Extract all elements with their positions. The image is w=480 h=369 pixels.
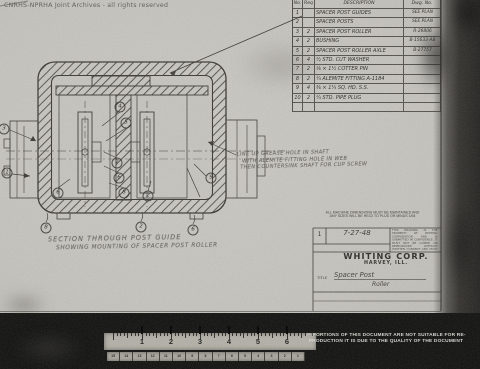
header-description: DESCRIPTION xyxy=(315,0,404,9)
centimeter-ruler: 151413121110987654321 xyxy=(107,352,305,361)
table-row: 72⅛ × 1½ COTTER PIN xyxy=(293,65,441,74)
section-caption: SECTION THROUGH POST GUIDE SHOWING MOUNT… xyxy=(48,233,218,251)
cm-cell: 3 xyxy=(265,352,278,361)
table-cell xyxy=(303,9,315,18)
cm-cell: 1 xyxy=(292,352,305,361)
table-row: 64½ STD. CUT WASHER xyxy=(293,56,441,65)
ruler-tick xyxy=(182,333,183,336)
ruler-tick xyxy=(261,333,262,336)
ruler-tick xyxy=(127,333,128,338)
table-cell xyxy=(303,103,315,112)
drawing-title-line-2: Roller xyxy=(372,281,389,288)
inch-tick xyxy=(228,326,230,334)
ruler-tick xyxy=(294,333,295,336)
ruler-tick xyxy=(258,333,259,340)
table-row: 94⅜ × 1¼ SQ. HD. S.S. xyxy=(293,84,441,93)
ruler-tick xyxy=(185,333,186,338)
ruler-tick xyxy=(269,333,270,336)
ruler-tick xyxy=(254,333,255,336)
company-name: WHITING CORP. xyxy=(330,251,442,261)
ruler-tick xyxy=(138,333,139,336)
cm-cell: 7 xyxy=(213,352,226,361)
ruler-tick xyxy=(164,333,165,336)
table-cell: 4 xyxy=(303,56,315,65)
ruler-tick xyxy=(204,333,205,336)
ruler-tick xyxy=(280,333,281,336)
ruler-tick xyxy=(229,333,230,340)
ruler-tick xyxy=(272,333,273,338)
table-cell: ½ STD. CUT WASHER xyxy=(315,56,404,65)
table-cell: 2 xyxy=(293,18,303,27)
ruler-tick xyxy=(124,333,125,336)
table-cell: SPACER POST GUIDES xyxy=(315,9,404,18)
table-cell xyxy=(293,103,303,112)
parts-table-body: 1SPACER POST GUIDESSEE PLAN2SPACER POSTS… xyxy=(293,9,441,112)
table-row: 1SPACER POST GUIDESSEE PLAN xyxy=(293,9,441,18)
table-row: 52SPACER POST ROLLER AXLEB-27757 xyxy=(293,47,441,56)
ruler-tick xyxy=(276,333,277,336)
table-row: 2SPACER POSTSSEE PLAN xyxy=(293,18,441,27)
table-cell: 4 xyxy=(293,37,303,46)
ruler-tick xyxy=(240,333,241,336)
ruler-tick xyxy=(156,333,157,338)
confidential-note: THIS DRAWING IS THE PROPERTY OF WHITING … xyxy=(392,229,438,250)
table-cell: SPACER POSTS xyxy=(315,18,404,27)
ruler-tick xyxy=(211,333,212,336)
parts-table-header: No. Req DESCRIPTION Dwg. No. xyxy=(293,0,441,9)
table-row: 42BUSHINGB-15633-AB xyxy=(293,37,441,46)
cm-cell: 10 xyxy=(173,352,186,361)
table-cell: 2 xyxy=(303,75,315,84)
ruler-tick xyxy=(265,333,266,336)
ruler-tick xyxy=(232,333,233,336)
table-cell: 2 xyxy=(303,37,315,46)
table-cell: BUSHING xyxy=(315,37,404,46)
table-cell: 3 xyxy=(293,28,303,37)
ruler-tick xyxy=(167,333,168,336)
table-cell: ¼ ALEMITE FITTING A-1184 xyxy=(315,75,404,84)
cm-cell: 6 xyxy=(226,352,239,361)
table-cell: SPACER POST ROLLER xyxy=(315,28,404,37)
cm-cell: 4 xyxy=(252,352,265,361)
inch-tick xyxy=(257,326,259,334)
table-cell: 9 xyxy=(293,84,303,93)
ruler-tick xyxy=(200,333,201,340)
ruler-tick xyxy=(193,333,194,336)
cm-cell: 8 xyxy=(199,352,212,361)
cm-cell: 5 xyxy=(239,352,252,361)
table-cell: 5 xyxy=(293,47,303,56)
inch-ruler: 123456 xyxy=(104,333,316,350)
tolerance-note: ALL MACHINE DIMENSIONS MUST BE MAINTAINE… xyxy=(318,211,427,219)
inch-tick xyxy=(141,326,143,334)
assembly-note: LINE UP GREASE HOLE IN SHAFT WITH ALEMIT… xyxy=(237,148,368,171)
cm-cell: 13 xyxy=(133,352,146,361)
sheet-number: 1 xyxy=(314,231,325,238)
table-cell: 8 xyxy=(293,75,303,84)
ruler-tick xyxy=(142,333,143,340)
table-cell xyxy=(315,103,404,112)
ruler-tick xyxy=(236,333,237,336)
archive-watermark: CNRHS-NPRHA Joint Archives - all rights … xyxy=(4,2,168,9)
ruler-tick xyxy=(196,333,197,336)
ruler-tick xyxy=(218,333,219,336)
table-cell: 7 xyxy=(293,65,303,74)
company-location: HARVEY, ILL. xyxy=(330,261,442,266)
table-cell xyxy=(303,18,315,27)
table-cell: 2 xyxy=(303,28,315,37)
cm-cell: 12 xyxy=(147,352,160,361)
drawing-title-line-1: Spacer Post xyxy=(334,271,426,280)
cm-cell: 14 xyxy=(120,352,133,361)
table-cell: 10 xyxy=(293,94,303,103)
disclaimer-line-2: PRODUCTION IT IS DUE TO THE QUALITY OF T… xyxy=(297,339,475,345)
table-cell: 6 xyxy=(293,56,303,65)
table-row xyxy=(293,103,441,112)
ruler-tick xyxy=(117,333,118,336)
parts-table: No. Req DESCRIPTION Dwg. No. 1SPACER POS… xyxy=(292,0,441,112)
scan-dark-edge-right xyxy=(433,0,480,315)
ruler-tick xyxy=(160,333,161,336)
inch-tick xyxy=(170,326,172,334)
header-no: No. xyxy=(293,0,303,9)
drawing-date: 7-27-48 xyxy=(328,229,386,237)
ruler-tick xyxy=(178,333,179,336)
header-req: Req xyxy=(303,0,315,9)
ruler-tick xyxy=(135,333,136,336)
table-cell: 1 xyxy=(293,9,303,18)
ruler-tick xyxy=(149,333,150,336)
scanned-drawing-sheet: CNRHS-NPRHA Joint Archives - all rights … xyxy=(0,0,480,369)
ruler-tick xyxy=(243,333,244,338)
table-cell: 2 xyxy=(303,94,315,103)
table-cell: ⅜ × 1¼ SQ. HD. S.S. xyxy=(315,84,404,93)
cm-cell: 2 xyxy=(279,352,292,361)
table-cell: 2 xyxy=(303,47,315,56)
table-row: 82¼ ALEMITE FITTING A-1184 xyxy=(293,75,441,84)
ruler-tick xyxy=(120,333,121,336)
ruler-tick xyxy=(225,333,226,336)
ruler-tick xyxy=(283,333,284,336)
ruler-tick xyxy=(113,333,114,340)
ruler-tick xyxy=(247,333,248,336)
ruler-tick xyxy=(131,333,132,336)
table-cell: SPACER POST ROLLER AXLE xyxy=(315,47,404,56)
ruler-tick xyxy=(175,333,176,336)
reproduction-disclaimer: IF PORTIONS OF THIS DOCUMENT ARE NOT SUI… xyxy=(297,333,475,345)
ruler-tick xyxy=(214,333,215,338)
table-cell: 2 xyxy=(303,65,315,74)
table-row: 102¼ STD. PIPE PLUG xyxy=(293,94,441,103)
tolerance-note-line: ANY SIZES WILL BE HELD TO PLUS OR MINUS … xyxy=(318,215,427,219)
ruler-tick xyxy=(146,333,147,336)
cm-cell: 11 xyxy=(160,352,173,361)
ruler-tick xyxy=(290,333,291,336)
ruler-tick xyxy=(222,333,223,336)
table-cell: ⅛ × 1½ COTTER PIN xyxy=(315,65,404,74)
table-cell: ¼ STD. PIPE PLUG xyxy=(315,94,404,103)
table-cell: 4 xyxy=(303,84,315,93)
inch-tick xyxy=(286,326,288,334)
title-label: TITLE xyxy=(317,275,327,280)
ruler-tick xyxy=(171,333,172,340)
ruler-tick xyxy=(207,333,208,336)
table-row: 32SPACER POST ROLLERR-26806 xyxy=(293,28,441,37)
inch-tick xyxy=(199,326,201,334)
ruler-tick xyxy=(251,333,252,336)
ruler-tick xyxy=(287,333,288,340)
ruler-tick xyxy=(189,333,190,336)
cm-cell: 15 xyxy=(107,352,120,361)
ruler-tick xyxy=(153,333,154,336)
cm-cell: 9 xyxy=(186,352,199,361)
